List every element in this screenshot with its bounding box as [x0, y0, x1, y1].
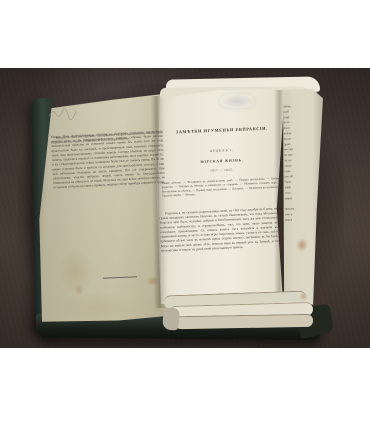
- pencil-scribble: [48, 106, 80, 120]
- stain: [146, 276, 160, 286]
- faint-stamp-mark: [220, 94, 254, 108]
- photo-canvas: Между тѣмъ попечительница обители съ вел…: [0, 0, 370, 423]
- curled-page-edge-3: [175, 314, 313, 329]
- book-photo: Между тѣмъ попечительница обители съ вел…: [0, 68, 370, 348]
- side-strip-text: шимъ всей этой исто- ріи и всѣхъ ея по- …: [283, 104, 315, 306]
- left-page-text: Между тѣмъ попечительница обители съ вел…: [51, 129, 170, 269]
- right-page-text: Родилась я, по сказанію родительницы мое…: [159, 206, 281, 297]
- chapter-synopsis: Раннее дѣтство. — Воспитаніе въ родитель…: [161, 176, 282, 209]
- page-fold: [162, 307, 179, 330]
- stain: [60, 292, 134, 324]
